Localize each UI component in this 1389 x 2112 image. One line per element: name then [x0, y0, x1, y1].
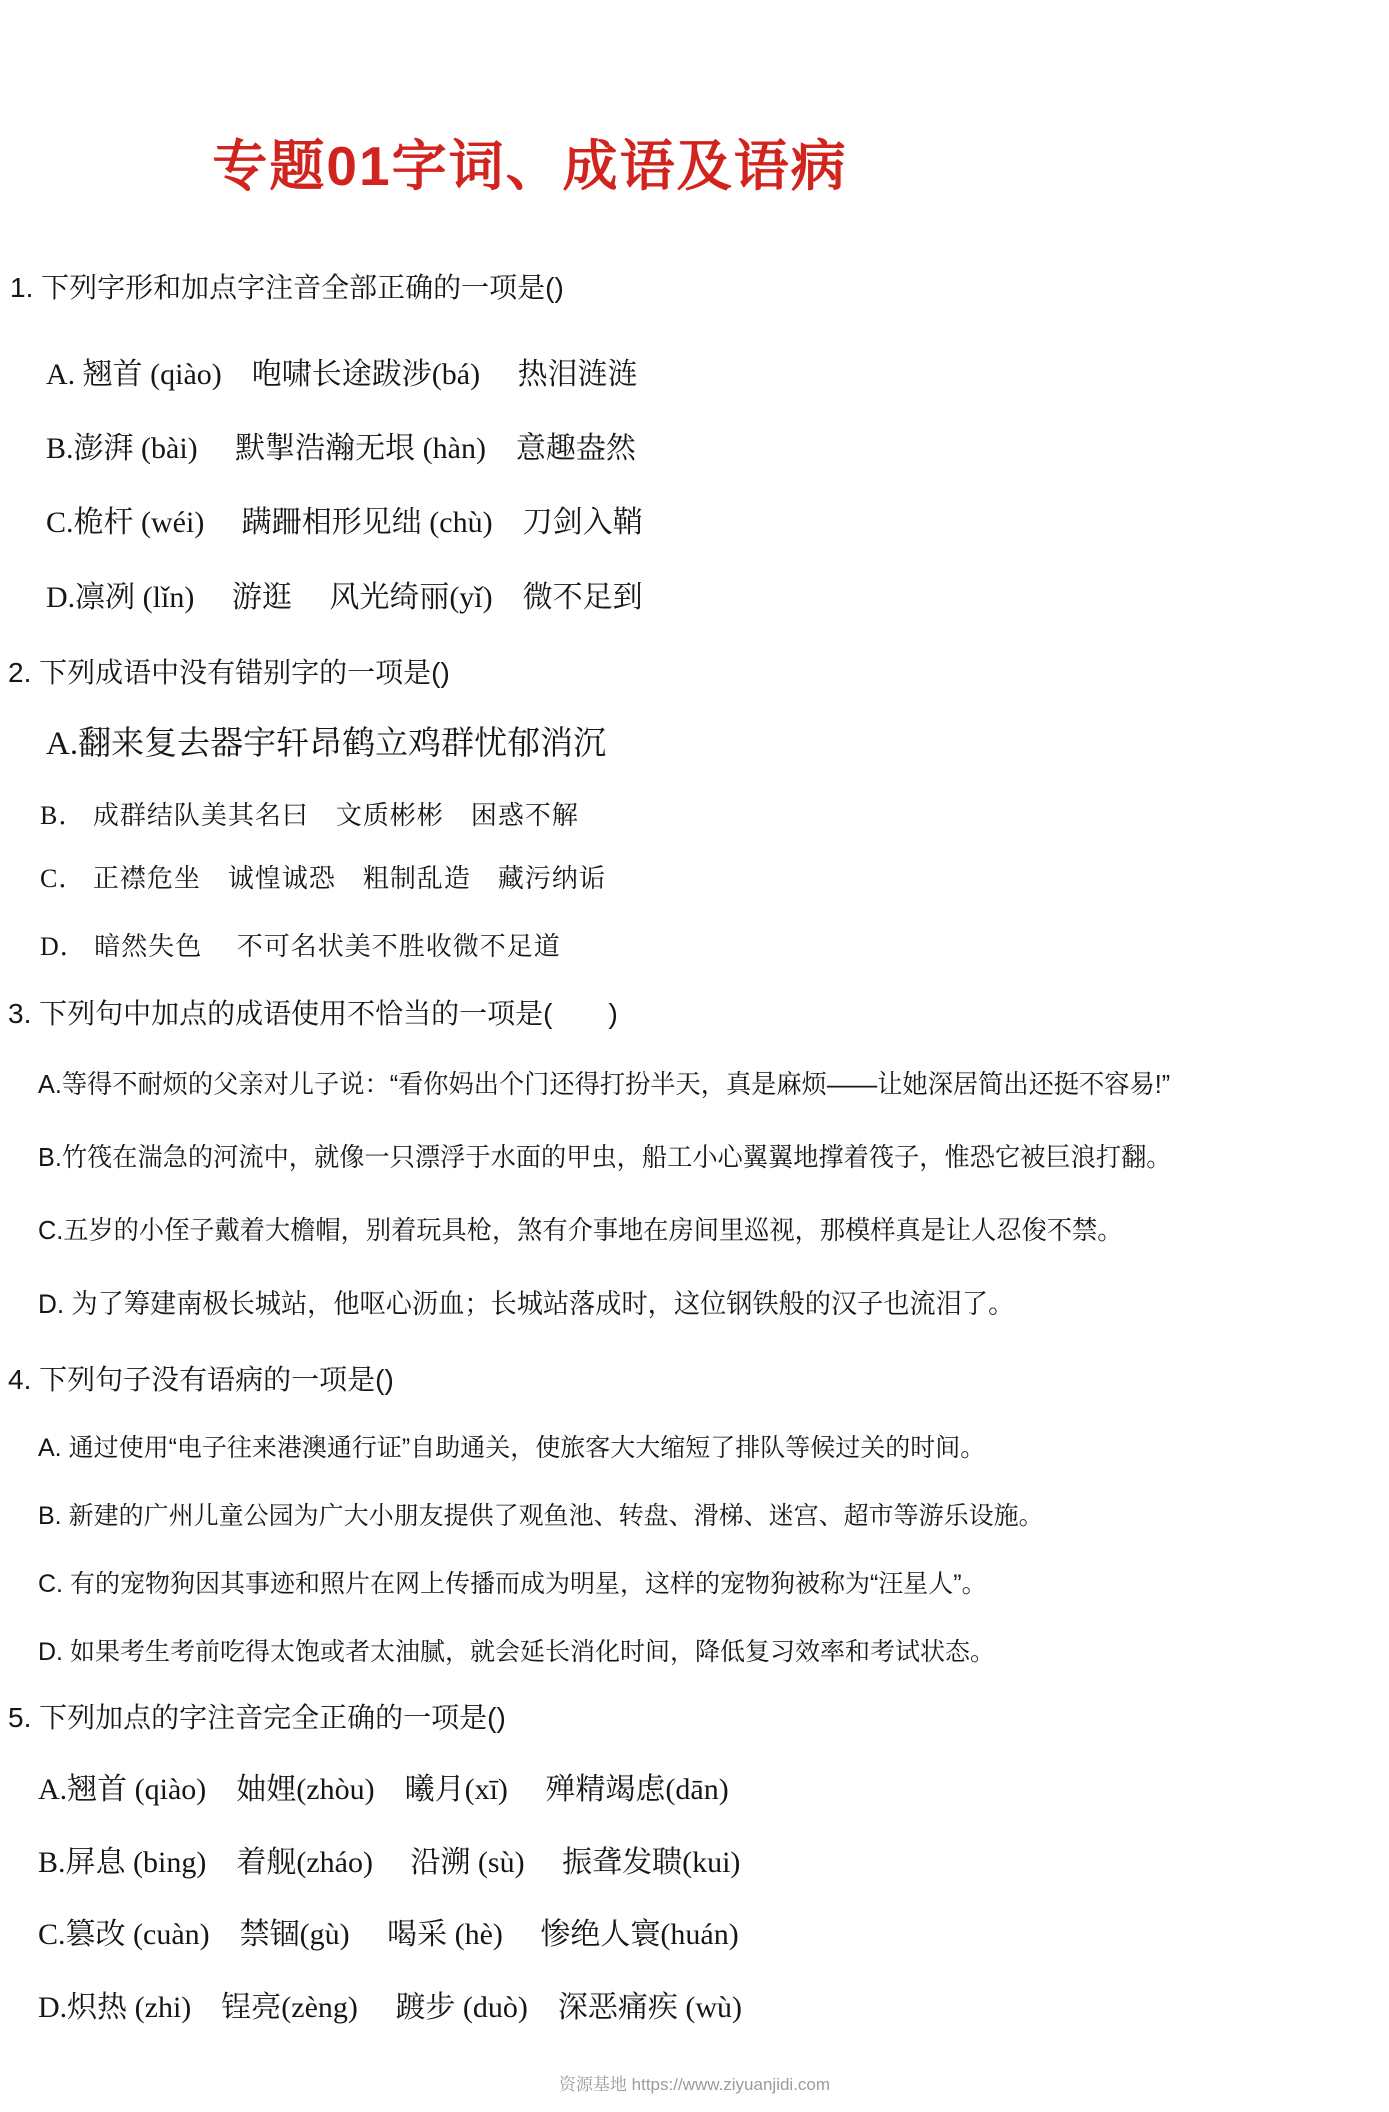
question-3-option-d: D. 为了筹建南极长城站，他呕心沥血；长城站落成时，这位钢铁般的汉子也流泪了。 — [38, 1288, 1014, 1322]
question-4-option-a: A. 通过使用“电子往来港澳通行证”自助通关，使旅客大大缩短了排队等候过关的时间… — [38, 1433, 985, 1464]
question-5-option-c: C.篡改 (cuàn) 禁锢(gù) 喝采 (hè) 惨绝人寰(huán) — [38, 1916, 739, 1954]
question-4-option-c: C. 有的宠物狗因其事迹和照片在网上传播而成为明星，这样的宠物狗被称为“汪星人”… — [38, 1569, 987, 1600]
question-4-option-d: D. 如果考生考前吃得太饱或者太油腻，就会延长消化时间，降低复习效率和考试状态。 — [38, 1637, 995, 1668]
footer-watermark: 资源基地 https://www.ziyuanjidi.com — [0, 2070, 1389, 2095]
question-2-option-d: D． 暗然失色 不可名状美不胜收微不足道 — [40, 931, 561, 964]
question-1-option-b: B.澎湃 (bài) 默掣浩瀚无垠 (hàn) 意趣盎然 — [46, 430, 636, 468]
exam-page: 专题01字词、成语及语病 1. 下列字形和加点字注音全部正确的一项是() A. … — [0, 0, 1389, 2112]
question-2-option-b: B． 成群结队美其名曰 文质彬彬 困惑不解 — [40, 800, 579, 833]
question-1-option-c: C.桅杆 (wéi) 蹒跚相形见绌 (chù) 刀剑入鞘 — [46, 504, 643, 542]
question-5-option-a: A.翘首 (qiào) 妯娌(zhòu) 曦月(xī) 殚精竭虑(dān) — [38, 1771, 729, 1809]
question-5-option-d: D.炽热 (zhi) 锃亮(zèng) 踱步 (duò) 深恶痛疾 (wù) — [38, 1989, 742, 2027]
question-1-option-d: D.凛冽 (lǐn) 游逛 风光绮丽(yǐ) 微不足到 — [46, 579, 643, 617]
question-4-option-b: B. 新建的广州儿童公园为广大小朋友提供了观鱼池、转盘、滑梯、迷宫、超市等游乐设… — [38, 1501, 1044, 1532]
question-3-option-b: B.竹筏在湍急的河流中，就像一只漂浮于水面的甲虫，船工小心翼翼地撑着筏子，惟恐它… — [38, 1141, 1172, 1174]
question-1-option-a: A. 翘首 (qiào) 咆啸长途跋涉(bá) 热泪涟涟 — [46, 356, 638, 394]
exam-title: 专题01字词、成语及语病 — [0, 122, 1060, 201]
question-3-stem: 3. 下列句中加点的成语使用不恰当的一项是( ) — [8, 996, 618, 1031]
question-2-option-a: A.翻来复去器宇轩昂鹤立鸡群忧郁消沉 — [46, 724, 606, 765]
question-3-option-c: C.五岁的小侄子戴着大檐帽，别着玩具枪，煞有介事地在房间里巡视，那模样真是让人忍… — [38, 1214, 1122, 1247]
question-5-stem: 5. 下列加点的字注音完全正确的一项是() — [8, 1700, 506, 1735]
question-2-option-c: C． 正襟危坐 诚惶诚恐 粗制乱造 藏污纳诟 — [40, 863, 606, 896]
question-5-option-b: B.屏息 (bing) 着舰(zháo) 沿溯 (sù) 振聋发聩(kui) — [38, 1844, 740, 1882]
question-4-stem: 4. 下列句子没有语病的一项是() — [8, 1362, 394, 1397]
question-3-option-a: A.等得不耐烦的父亲对儿子说：“看你妈出个门还得打扮半天，真是麻烦——让她深居简… — [38, 1068, 1170, 1101]
question-1-stem: 1. 下列字形和加点字注音全部正确的一项是() — [10, 270, 564, 305]
question-2-stem: 2. 下列成语中没有错别字的一项是() — [8, 655, 450, 690]
